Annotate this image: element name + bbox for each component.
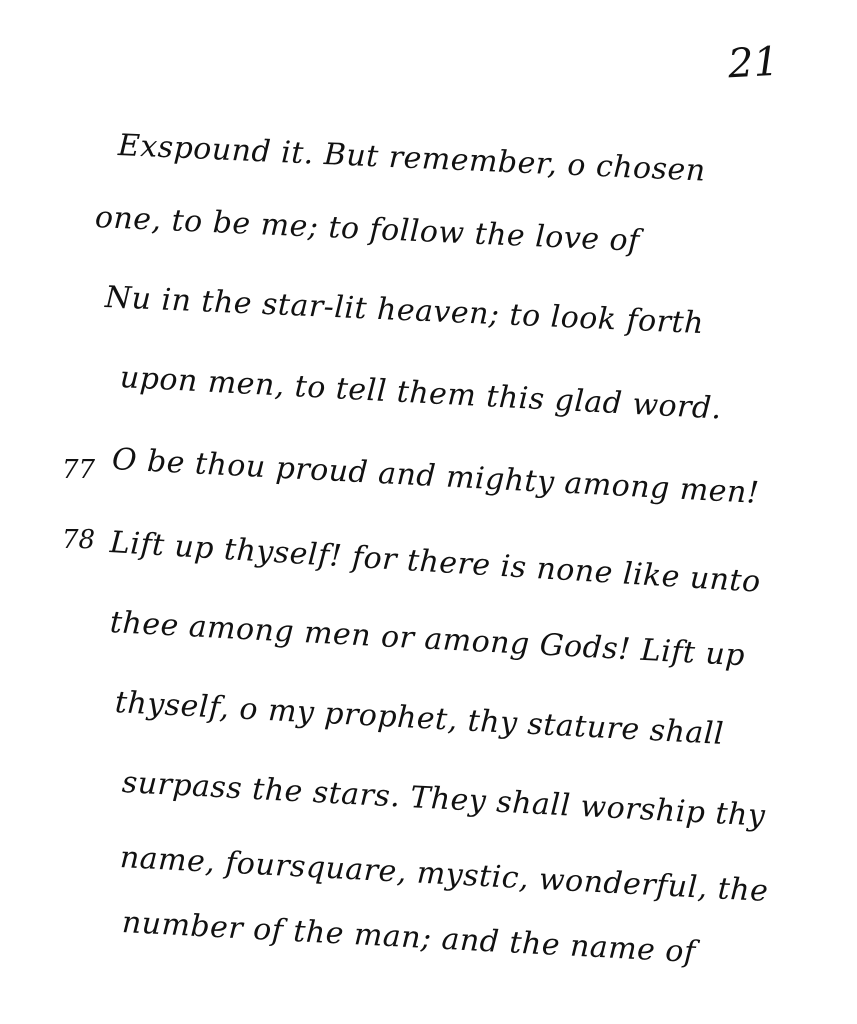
manuscript-line: number of the man; and the name of (121, 905, 696, 970)
manuscript-line: surpass the stars. They shall worship th… (121, 765, 766, 834)
manuscript-line: name, foursquare, mystic, wonderful, the (119, 840, 769, 909)
manuscript-line: thyself, o my prophet, thy stature shall (114, 685, 725, 752)
manuscript-line: O be thou proud and mighty among men! (111, 442, 760, 511)
page-number: 21 (727, 39, 780, 88)
verse-number: 77 (62, 455, 95, 485)
manuscript-line: upon men, to tell them this glad word. (119, 360, 723, 426)
manuscript-line: one, to be me; to follow the love of (94, 200, 640, 259)
manuscript-line: Nu in the star-lit heaven; to look forth (104, 280, 704, 341)
manuscript-line: Lift up thyself! for there is none like … (109, 525, 762, 600)
verse-number: 78 (62, 525, 95, 555)
manuscript-line: thee among men or among Gods! Lift up (109, 605, 746, 673)
manuscript-line: Exspound it. But remember, o chosen (117, 128, 706, 189)
